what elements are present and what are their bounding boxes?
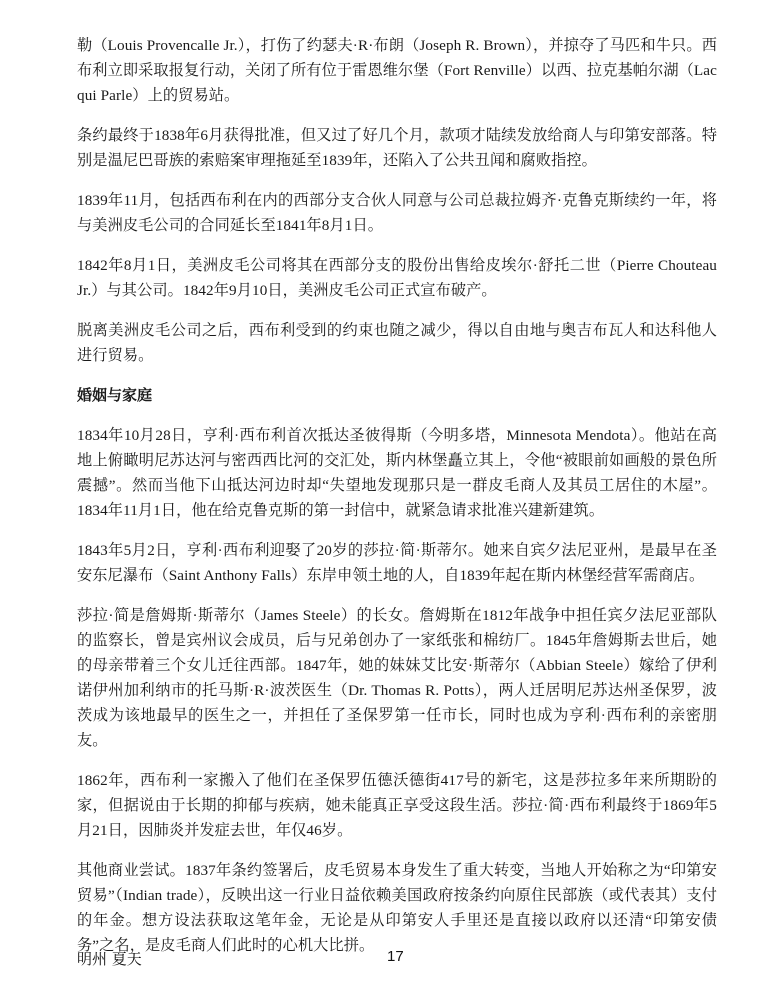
paragraph-treaty-ratification: 条约最终于1838年6月获得批准，但又过了好几个月，款项才陆续发放给商人与印第安…	[77, 123, 717, 173]
paragraph-free-trade: 脱离美洲皮毛公司之后，西布利受到的约束也随之减少，得以自由地与奥吉布瓦人和达科他…	[77, 318, 717, 368]
footer-author: 明州 夏天	[77, 948, 142, 969]
paragraph-provencalle-raid: 勒（Louis Provencalle Jr.），打伤了约瑟夫·R·布朗（Jos…	[77, 33, 717, 108]
paragraph-arrival-mendota: 1834年10月28日，亨利·西布利首次抵达圣彼得斯（今明多塔，Minnesot…	[77, 423, 717, 523]
paragraph-steele-family: 莎拉·简是詹姆斯·斯蒂尔（James Steele）的长女。詹姆斯在1812年战…	[77, 603, 717, 753]
document-page: 勒（Louis Provencalle Jr.），打伤了约瑟夫·R·布朗（Jos…	[77, 33, 717, 973]
paragraph-marriage: 1843年5月2日，亨利·西布利迎娶了20岁的莎拉·简·斯蒂尔。她来自宾夕法尼亚…	[77, 538, 717, 588]
page-number: 17	[387, 948, 404, 965]
section-heading-marriage-family: 婚姻与家庭	[77, 383, 717, 408]
paragraph-contract-extension: 1839年11月，包括西布利在内的西部分支合伙人同意与公司总裁拉姆齐·克鲁克斯续…	[77, 188, 717, 238]
paragraph-company-bankruptcy: 1842年8月1日，美洲皮毛公司将其在西部分支的股份出售给皮埃尔·舒托二世（Pi…	[77, 253, 717, 303]
paragraph-new-house: 1862年，西布利一家搬入了他们在圣保罗伍德沃德街417号的新宅，这是莎拉多年来…	[77, 768, 717, 843]
paragraph-indian-trade: 其他商业尝试。1837年条约签署后，皮毛贸易本身发生了重大转变，当地人开始称之为…	[77, 858, 717, 958]
